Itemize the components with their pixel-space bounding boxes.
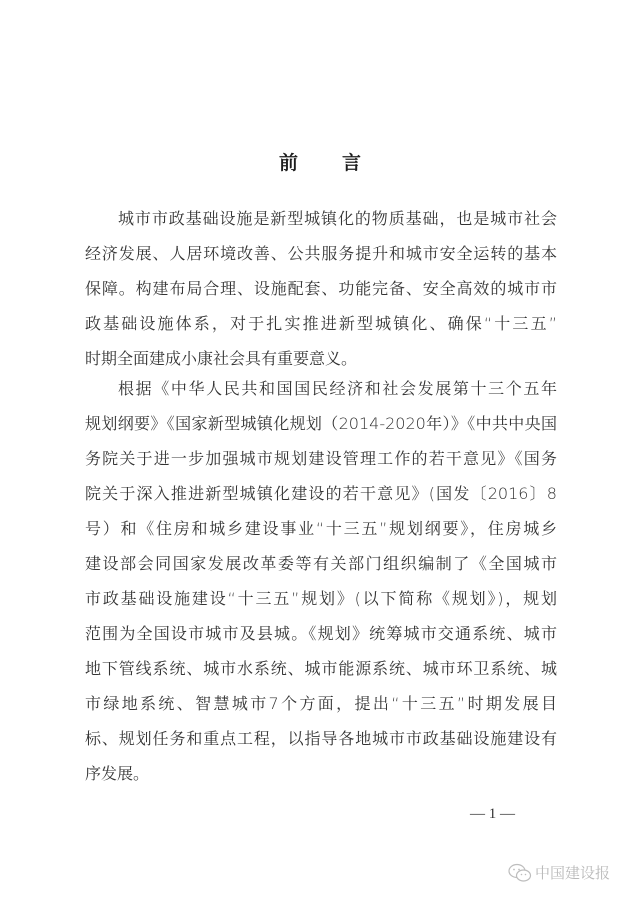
paragraph-line: 根据《中华人民共和国国民经济和社会发展第十三个五年: [85, 371, 557, 406]
paragraph-line: 经济发展、人居环境改善、公共服务提升和城市安全运转的基本: [85, 236, 557, 271]
watermark-text: 中国建设报: [535, 862, 610, 883]
paragraph-line: 序发展。: [85, 756, 557, 791]
watermark: 中国建设报: [508, 862, 610, 883]
title-char-1: 前: [279, 148, 298, 175]
paragraph-line: 保障。构建布局合理、设施配套、功能完备、安全高效的城市市: [85, 271, 557, 306]
title-char-2: 言: [342, 148, 361, 175]
paragraph-line: 院关于深入推进新型城镇化建设的若干意见》(国发〔2016〕8: [85, 476, 557, 511]
paragraph-line: 号）和《住房和城乡建设事业“十三五”规划纲要》，住房城乡: [85, 511, 557, 546]
paragraph-line: 政基础设施体系，对于扎实推进新型城镇化、确保“十三五”: [85, 306, 557, 341]
paragraph-line: 范围为全国设市城市及县城。《规划》统筹城市交通系统、城市: [85, 616, 557, 651]
paragraph-line: 市政基础设施建设“十三五”规划》(以下简称《规划》)，规划: [85, 581, 557, 616]
paragraph-line: 地下管线系统、城市水系统、城市能源系统、城市环卫系统、城: [85, 651, 557, 686]
paragraph-line: 标、规划任务和重点工程，以指导各地城市市政基础设施建设有: [85, 721, 557, 756]
paragraph-2: 根据《中华人民共和国国民经济和社会发展第十三个五年 规划纲要》《国家新型城镇化规…: [85, 371, 557, 791]
paragraph-line: 城市市政基础设施是新型城镇化的物质基础，也是城市社会: [85, 201, 557, 236]
paragraph-line: 市绿地系统、智慧城市7个方面，提出“十三五”时期发展目: [85, 686, 557, 721]
paragraph-line: 建设部会同国家发展改革委等有关部门组织编制了《全国城市: [85, 546, 557, 581]
paragraph-line: 规划纲要》《国家新型城镇化规划（2014-2020年）》《中共中央国: [85, 406, 557, 441]
paragraph-line: 务院关于进一步加强城市规划建设管理工作的若干意见》《国务: [85, 441, 557, 476]
paragraph-1: 城市市政基础设施是新型城镇化的物质基础，也是城市社会 经济发展、人居环境改善、公…: [85, 201, 557, 376]
page-title: 前言: [0, 148, 640, 175]
wechat-icon: [508, 863, 532, 883]
page-number: — 1 —: [470, 806, 515, 823]
